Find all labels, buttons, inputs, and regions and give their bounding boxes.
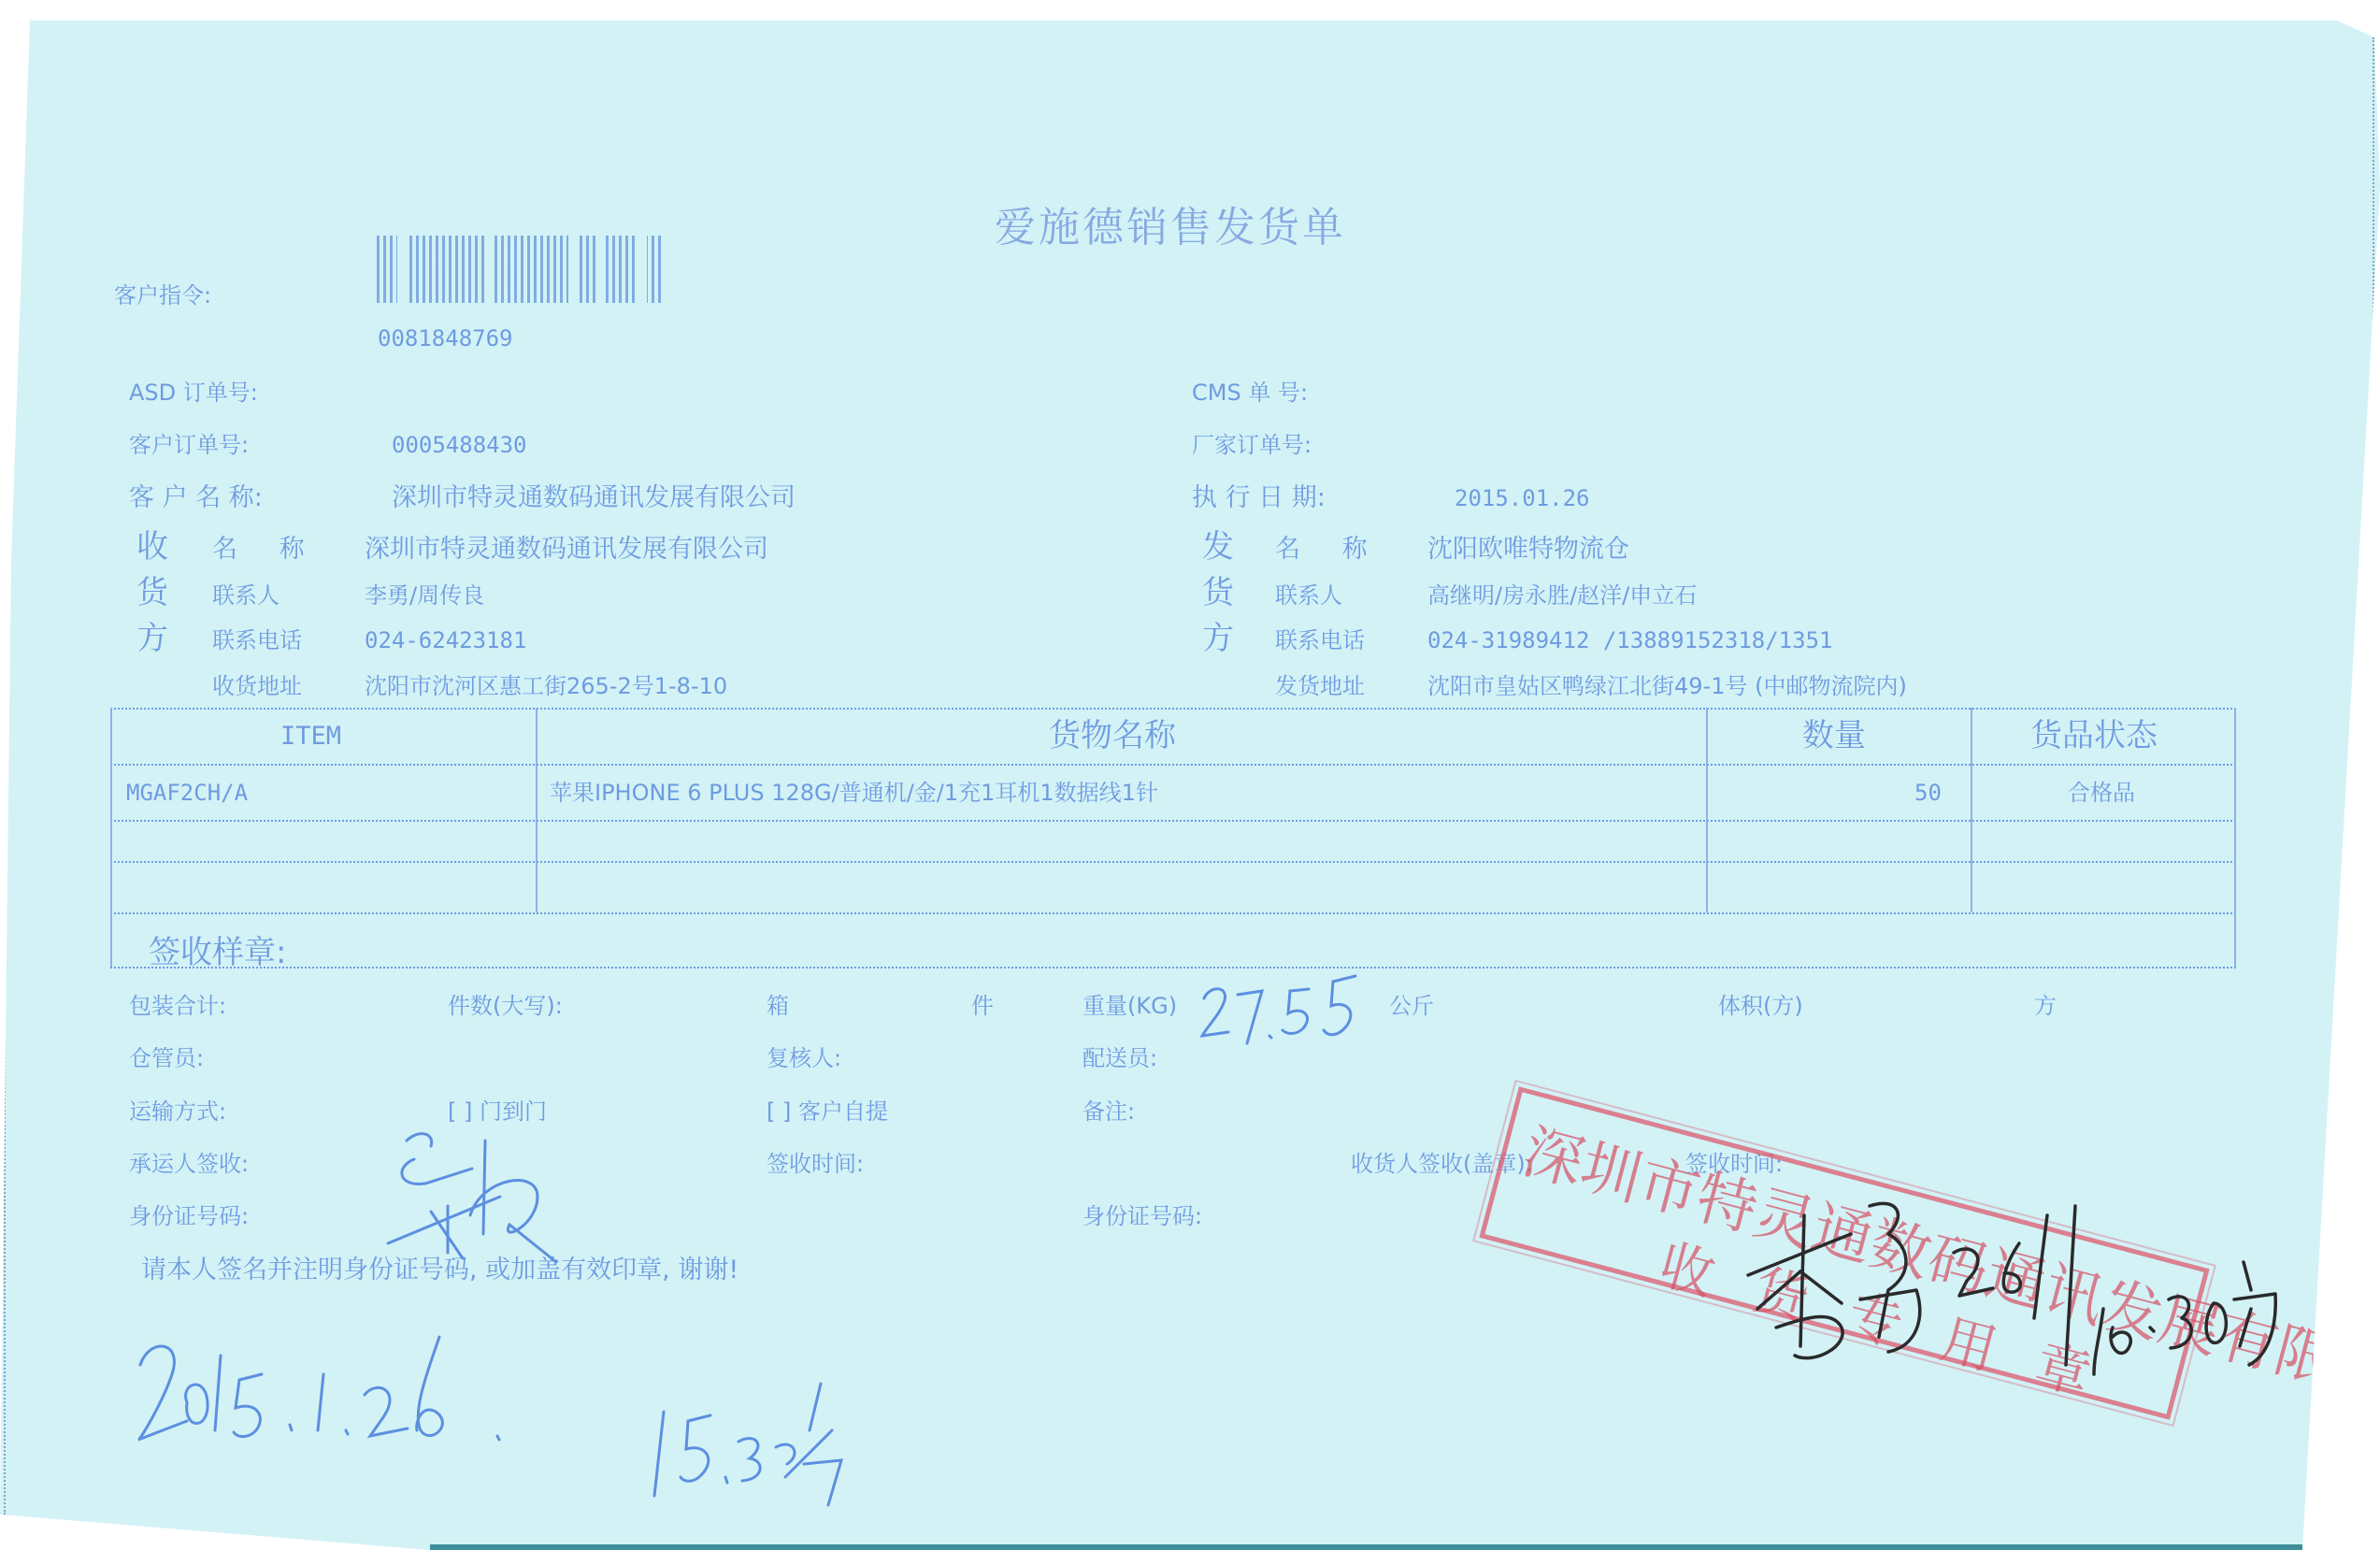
sender-phone-label: 联系电话 <box>1275 629 1365 652</box>
sign-stamp-label: 签收样章: <box>149 937 286 969</box>
receiver-contact-label: 联系人 <box>212 584 280 607</box>
sender-phone-value: 024-31989412 /13889152318/1351 <box>1427 629 1832 652</box>
deliverer-label: 配送员: <box>1082 1047 1157 1069</box>
table-header-item: ITEM <box>280 724 341 749</box>
receiver-side-char-3: 方 <box>136 623 168 654</box>
document-title: 爱施德销售发货单 <box>995 208 1346 249</box>
remark-label: 备注: <box>1082 1100 1135 1123</box>
receiver-phone-label: 联系电话 <box>212 629 302 652</box>
row-item-code: MGAF2CH/A <box>126 782 248 804</box>
reviewer-label: 复核人: <box>767 1047 841 1069</box>
receiver-signature <box>1739 1187 2281 1374</box>
weight-label: 重量(KG) <box>1082 995 1177 1017</box>
asd-order-label: ASD 订单号: <box>129 381 258 404</box>
receiver-phone-value: 024-62423181 <box>365 629 526 652</box>
barcode-icon <box>377 236 664 303</box>
perforation-left <box>4 561 6 1514</box>
customer-instruction-number: 0081848769 <box>378 327 513 350</box>
perforation-right <box>2373 37 2374 692</box>
volume-label: 体积(方) <box>1718 995 1803 1017</box>
sender-side-char-2: 货 <box>1202 577 1234 609</box>
table-header-goods-name: 货物名称 <box>1049 720 1176 752</box>
sender-address-label: 发货地址 <box>1275 675 1365 697</box>
handwritten-weight <box>1197 972 1384 1047</box>
box-label: 箱 <box>767 995 789 1017</box>
carrier-signature <box>369 1122 594 1262</box>
option-door-to-door[interactable]: [ ] 门到门 <box>448 1100 547 1123</box>
receiver-side-char-2: 货 <box>136 577 168 609</box>
delivery-note-paper: 爱施德销售发货单 客户指令: 0081848769 ASD 订单号: CMS 单… <box>0 0 2380 1550</box>
row-quantity: 50 <box>1914 782 1942 804</box>
warehouse-keeper-label: 仓管员: <box>129 1047 204 1069</box>
receiver-address-value: 沈阳市沈河区惠工街265-2号1-8-10 <box>365 675 727 697</box>
sender-name-label: 名 称 <box>1275 537 1384 562</box>
id-number-label-right: 身份证号码: <box>1082 1205 1202 1227</box>
pieces-label: 件数(大写): <box>448 995 563 1017</box>
table-header-quantity: 数量 <box>1802 720 1866 752</box>
row-status: 合格品 <box>2068 782 2135 804</box>
receiver-name-value: 深圳市特灵通数码通讯发展有限公司 <box>365 537 768 562</box>
sender-contact-label: 联系人 <box>1275 584 1342 607</box>
customer-instruction-label: 客户指令: <box>114 284 211 307</box>
sender-side-char-1: 发 <box>1202 531 1234 563</box>
weight-unit: 公斤 <box>1389 995 1434 1017</box>
customer-order-label: 客户订单号: <box>129 434 249 456</box>
row-goods-name: 苹果IPHONE 6 PLUS 128G/普通机/金/1充1耳机1数据线1针 <box>550 782 1158 804</box>
factory-order-label: 厂家订单号: <box>1192 434 1312 456</box>
sender-contact-value: 高继明/房永胜/赵洋/申立石 <box>1427 584 1697 607</box>
receiver-side-char-1: 收 <box>136 531 168 563</box>
option-customer-pickup[interactable]: [ ] 客户自提 <box>767 1100 888 1123</box>
sender-name-value: 沈阳欧唯特物流仓 <box>1427 537 1629 562</box>
volume-unit: 方 <box>2034 995 2057 1017</box>
table-header-status: 货品状态 <box>2030 720 2158 752</box>
receiver-address-label: 收货地址 <box>212 675 302 697</box>
exec-date-value: 2015.01.26 <box>1455 487 1590 509</box>
sender-address-value: 沈阳市皇姑区鸭绿江北街49-1号 (中邮物流院内) <box>1427 675 1907 697</box>
perforation-top <box>28 2 2324 5</box>
customer-name-value: 深圳市特灵通数码通讯发展有限公司 <box>392 485 796 510</box>
handwritten-time <box>645 1374 897 1505</box>
customer-order-value: 0005488430 <box>392 434 527 456</box>
receiver-name-label: 名 称 <box>212 537 322 562</box>
handwritten-date <box>131 1328 523 1458</box>
sign-time-label: 签收时间: <box>767 1153 864 1175</box>
customer-name-label: 客 户 名 称: <box>129 485 263 510</box>
cms-order-label: CMS 单 号: <box>1192 381 1308 404</box>
perforation-bottom <box>430 1544 2302 1550</box>
transport-label: 运输方式: <box>129 1100 226 1123</box>
sender-side-char-3: 方 <box>1202 623 1234 654</box>
id-number-label: 身份证号码: <box>129 1205 249 1227</box>
receiver-contact-value: 李勇/周传良 <box>365 584 484 607</box>
package-total-label: 包装合计: <box>129 995 226 1017</box>
carrier-sign-label: 承运人签收: <box>129 1153 249 1175</box>
piece-label: 件 <box>971 995 994 1017</box>
exec-date-label: 执 行 日 期: <box>1192 485 1326 510</box>
